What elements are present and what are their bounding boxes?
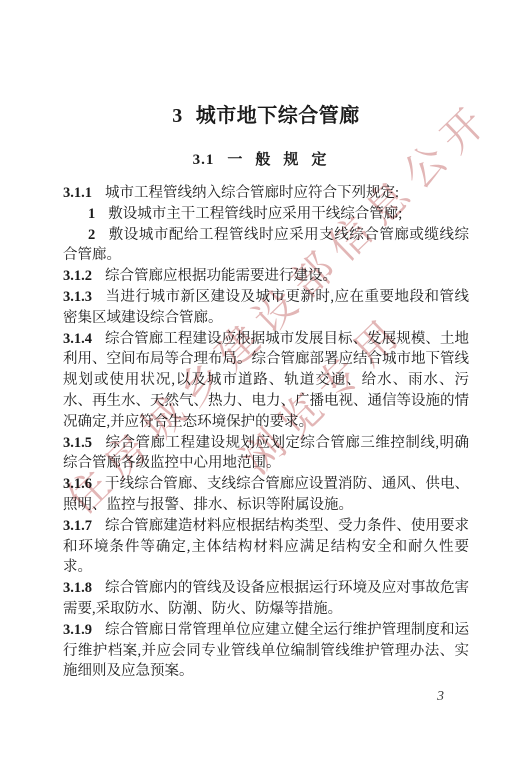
chapter-title: 3城市地下综合管廊	[63, 103, 469, 130]
clause-number: 3.1.1	[63, 185, 92, 201]
item-text: 敷设城市主干工程管线时应采用干线综合管廊;	[108, 206, 402, 222]
clause-number: 3.1.6	[63, 476, 92, 492]
clause-number: 3.1.3	[63, 289, 92, 305]
page-number: 3	[437, 689, 444, 705]
clause-number: 3.1.4	[63, 331, 92, 347]
clause-3-1-7: 3.1.7综合管廊建造材料应根据结构类型、受力条件、使用要求和环境条件等确定,主…	[63, 516, 469, 578]
clause-number: 3.1.2	[63, 268, 92, 284]
clause-number: 3.1.9	[63, 622, 92, 638]
clause-text: 综合管廊日常管理单位应建立健全运行维护管理制度和运行维护档案,并应会同专业管线单…	[63, 622, 469, 680]
clause-text: 当进行城市新区建设及城市更新时,应在重要地段和管线密集区域建设综合管廊。	[63, 289, 469, 326]
section-title-text: 一般规定	[227, 152, 339, 168]
clause-text: 干线综合管廊、支线综合管廊应设置消防、通风、供电、照明、监控与报警、排水、标识等…	[63, 476, 469, 513]
clause-3-1-4: 3.1.4综合管廊工程建设应根据城市发展目标、发展规模、土地利用、空间布局等合理…	[63, 329, 469, 433]
chapter-title-text: 城市地下综合管廊	[196, 105, 360, 127]
section-number: 3.1	[193, 152, 215, 168]
clause-3-1-1-item-1: 1敷设城市主干工程管线时应采用干线综合管廊;	[63, 204, 469, 225]
clause-text: 综合管廊建造材料应根据结构类型、受力条件、使用要求和环境条件等确定,主体结构材料…	[63, 518, 469, 576]
clause-3-1-1-item-2: 2敷设城市配给工程管线时应采用支线综合管廊或缆线综合管廊。	[63, 225, 469, 267]
clause-number: 3.1.5	[63, 435, 92, 451]
clause-text: 综合管廊应根据功能需要进行建设。	[105, 268, 337, 284]
clause-text: 综合管廊内的管线及设备应根据运行环境及应对事故危害需要,采取防水、防潮、防火、防…	[63, 580, 469, 617]
clause-number: 3.1.7	[63, 518, 92, 534]
clause-3-1-8: 3.1.8综合管廊内的管线及设备应根据运行环境及应对事故危害需要,采取防水、防潮…	[63, 578, 469, 620]
page-content: 3城市地下综合管廊 3.1一般规定 3.1.1城市工程管线纳入综合管廊时应符合下…	[63, 103, 469, 682]
item-number: 2	[88, 227, 95, 243]
chapter-number: 3	[172, 105, 183, 127]
clause-3-1-2: 3.1.2综合管廊应根据功能需要进行建设。	[63, 266, 469, 287]
clause-3-1-5: 3.1.5综合管廊工程建设规划应划定综合管廊三维控制线,明确综合管廊各级监控中心…	[63, 433, 469, 475]
clause-text: 综合管廊工程建设应根据城市发展目标、发展规模、土地利用、空间布局等合理布局。综合…	[63, 331, 469, 430]
clause-list: 3.1.1城市工程管线纳入综合管廊时应符合下列规定: 1敷设城市主干工程管线时应…	[63, 183, 469, 682]
clause-3-1-3: 3.1.3当进行城市新区建设及城市更新时,应在重要地段和管线密集区域建设综合管廊…	[63, 287, 469, 329]
clause-3-1-6: 3.1.6干线综合管廊、支线综合管廊应设置消防、通风、供电、照明、监控与报警、排…	[63, 474, 469, 516]
section-heading: 3.1一般规定	[63, 149, 469, 171]
clause-text: 城市工程管线纳入综合管廊时应符合下列规定:	[105, 185, 399, 201]
clause-3-1-1: 3.1.1城市工程管线纳入综合管廊时应符合下列规定:	[63, 183, 469, 204]
document-page: 3城市地下综合管廊 3.1一般规定 3.1.1城市工程管线纳入综合管廊时应符合下…	[0, 0, 529, 767]
clause-number: 3.1.8	[63, 580, 92, 596]
item-text: 敷设城市配给工程管线时应采用支线综合管廊或缆线综合管廊。	[63, 227, 469, 264]
clause-text: 综合管廊工程建设规划应划定综合管廊三维控制线,明确综合管廊各级监控中心用地范围。	[63, 435, 469, 472]
item-number: 1	[88, 206, 95, 222]
clause-3-1-9: 3.1.9综合管廊日常管理单位应建立健全运行维护管理制度和运行维护档案,并应会同…	[63, 620, 469, 682]
